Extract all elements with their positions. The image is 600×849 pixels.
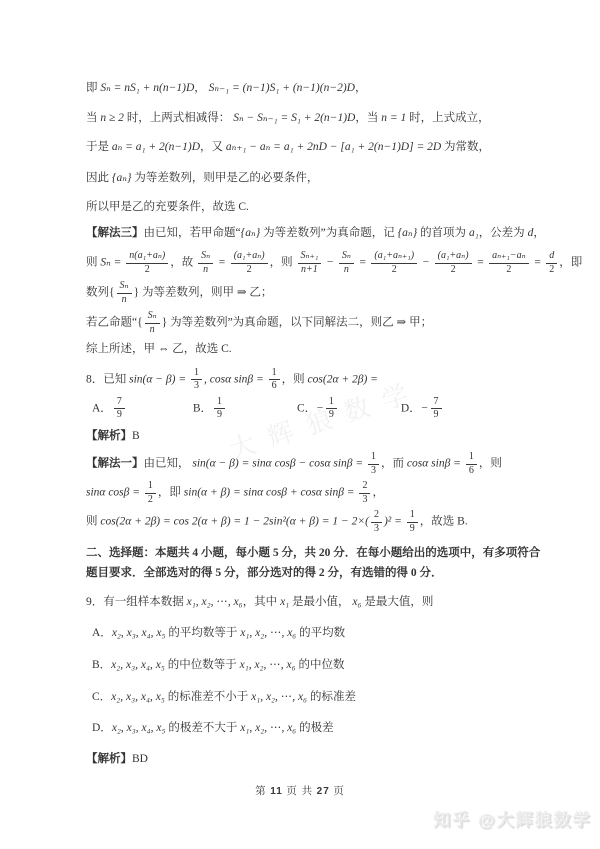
- line-sn-fraction-chain: 则 Sₙ = n(a₁+aₙ)2，故 Sₙn = (a₁+aₙ)2，则 Sₙ₊₁…: [86, 250, 526, 276]
- text: 的标准差: [307, 691, 356, 703]
- math-text: n ≥ 2: [100, 112, 124, 124]
- math-text: x₁: [280, 596, 289, 608]
- text: ，则: [479, 458, 502, 470]
- document-page: 大辉狼数学 即 Sₙ = nS₁ + n(n−1)D， Sₙ₋₁ = (n−1)…: [0, 0, 600, 849]
- text: ，当: [355, 112, 381, 124]
- math-fraction: n(a₁+aₙ)2: [126, 250, 168, 276]
- line-subtract-case: 当 n ≥ 2 时，上两式相减得： Sₙ − Sₙ₋₁ = S₁ + 2(n−1…: [86, 110, 526, 127]
- text: A．: [92, 402, 112, 414]
- page-number: 11: [270, 786, 283, 797]
- text: 是最大值，则: [362, 596, 434, 608]
- math-text: x₂, x₃, x₄, x₅: [112, 627, 166, 639]
- fraction-denominator: 3: [371, 523, 382, 536]
- fraction-denominator: 9: [326, 409, 337, 422]
- text: D．: [92, 722, 112, 734]
- math-text: )² =: [384, 516, 405, 528]
- math-fraction: 12: [145, 480, 156, 506]
- math-text: cosα sinβ =: [407, 458, 464, 470]
- text: 的平均数等于: [165, 627, 240, 639]
- math-text: {aₙ}: [112, 172, 132, 184]
- text: 所以甲是乙的充要条件，故选 C.: [86, 201, 249, 213]
- fraction-numerator: Sₙ: [145, 310, 160, 324]
- math-fraction: 79: [431, 396, 442, 422]
- text: 为等差数列，则甲是乙的必要条件，: [131, 172, 318, 184]
- math-text: sinα cosβ =: [86, 487, 143, 499]
- text: ，又: [200, 141, 226, 153]
- fraction-numerator: 2: [371, 509, 382, 523]
- math-fraction: (a₁+aₙ)2: [435, 250, 472, 276]
- math-fraction: 13: [368, 451, 379, 477]
- line-q9-option-b: B．x₂, x₃, x₄, x₅ 的中位数等于 x₁, x₂, ⋯, x₆ 的中…: [86, 657, 526, 674]
- math-text: −: [316, 402, 324, 414]
- fraction-numerator: n(a₁+aₙ): [126, 250, 168, 264]
- math-text: Sₙ = nS₁ + n(n−1)D: [100, 82, 194, 94]
- text: 9．有一组样本数据: [86, 596, 187, 608]
- math-fraction: d2: [546, 250, 557, 276]
- line-sn-recurrence: 即 Sₙ = nS₁ + n(n−1)D， Sₙ₋₁ = (n−1)S₁ + (…: [86, 80, 526, 97]
- fraction-denominator: 3: [359, 494, 370, 507]
- text: 时，上两式相减得：: [124, 112, 233, 124]
- text: 8．已知: [86, 373, 129, 385]
- math-text: =: [356, 257, 370, 269]
- math-fraction: Sₙn: [117, 280, 132, 306]
- math-text: sin(α − β) = sinα cosβ − cosα sinβ =: [192, 458, 366, 470]
- text: 即: [86, 82, 100, 94]
- fraction-numerator: 1: [326, 396, 337, 410]
- math-text: −: [323, 257, 337, 269]
- text: ，: [533, 227, 545, 239]
- line-q9-answer: 【解析】BD: [86, 751, 526, 768]
- math-text: sin(α + β) = sinα cosβ + cosα sinβ =: [184, 487, 358, 499]
- text: BD: [132, 753, 148, 765]
- line-method3-intro: 【解法三】由已知，若甲命题“{aₙ} 为等差数列”为真命题，记 {aₙ} 的首项…: [86, 225, 526, 242]
- fraction-denominator: 2: [126, 264, 168, 277]
- zhihu-watermark: 知乎 @大辉狼数学: [434, 806, 592, 831]
- line-method1-intro: 【解法一】由已知， sin(α − β) = sinα cosβ − cosα …: [86, 451, 526, 477]
- fraction-denominator: 2: [546, 264, 557, 277]
- text: 的中位数: [296, 659, 345, 671]
- fraction-denominator: 9: [431, 409, 442, 422]
- fraction-denominator: 9: [114, 409, 125, 422]
- document-content: 即 Sₙ = nS₁ + n(n−1)D， Sₙ₋₁ = (n−1)S₁ + (…: [86, 80, 526, 768]
- text: ，: [372, 487, 384, 499]
- bold-text: 【解法三】: [86, 227, 144, 239]
- fraction-denominator: 6: [466, 465, 477, 478]
- text: ，公差为: [479, 227, 528, 239]
- math-fraction: 19: [326, 396, 337, 422]
- text: ，故: [170, 257, 196, 269]
- text: } 为等差数列”为真命题，以下同解法二，则乙 ⇒ 甲；: [162, 317, 432, 329]
- text: 则: [86, 516, 100, 528]
- math-text: x₁, x₂, ⋯, x₆: [251, 691, 307, 703]
- fraction-numerator: d: [546, 250, 557, 264]
- fraction-numerator: 2: [359, 480, 370, 494]
- fraction-denominator: n: [145, 324, 160, 337]
- math-text: x₁, x₂, ⋯, x₆: [240, 722, 296, 734]
- section-2-heading-line2: 题目要求．全部选对的得 5 分，部分选对的得 2 分，有选错的得 0 分．: [86, 565, 526, 582]
- math-fraction: Sₙ₊₁n+1: [298, 250, 322, 276]
- math-text: a₁: [469, 227, 479, 239]
- math-fraction: 16: [269, 367, 280, 393]
- text: 由已知，若甲命题“: [144, 227, 241, 239]
- math-text: x₂, x₃, x₄, x₅: [111, 659, 165, 671]
- text: 则: [86, 257, 100, 269]
- math-fraction: 23: [371, 509, 382, 535]
- text: 的极差不大于: [165, 722, 240, 734]
- text: 的中位数等于: [165, 659, 240, 671]
- line-q9-option-a: A．x₂, x₃, x₄, x₅ 的平均数等于 x₁, x₂, ⋯, x₆ 的平…: [86, 625, 526, 642]
- line-sufficient-necessary: 所以甲是乙的充要条件，故选 C.: [86, 199, 526, 216]
- bold-text: 题目要求．全部选对的得 5 分，部分选对的得 2 分，有选错的得 0 分．: [86, 567, 443, 579]
- text: ，即: [158, 487, 184, 499]
- line-yi-implies-jia: 若乙命题“{Sₙn} 为等差数列”为真命题，以下同解法二，则乙 ⇒ 甲；: [86, 310, 526, 336]
- fraction-numerator: 7: [431, 396, 442, 410]
- fraction-denominator: 2: [145, 494, 156, 507]
- text: 的平均数: [296, 627, 345, 639]
- fraction-numerator: 1: [466, 451, 477, 465]
- math-text: −: [421, 402, 429, 414]
- math-text: aₙ = a₁ + 2(n−1)D: [112, 141, 200, 153]
- line-q8-options: A．79B．19C．−19D．−79: [86, 396, 526, 422]
- line-question-8: 8．已知 sin(α − β) = 13, cosα sinβ = 16，则 c…: [86, 367, 526, 393]
- math-text: sin(α − β) =: [129, 373, 189, 385]
- text: C．: [297, 402, 316, 414]
- math-fraction: 23: [359, 480, 370, 506]
- line-necessary-condition: 因此 {aₙ} 为等差数列，则甲是乙的必要条件，: [86, 170, 526, 187]
- text: 当: [86, 112, 100, 124]
- text: } 为等差数列，则甲 ⇒ 乙；: [134, 287, 273, 299]
- line-jia-implies-yi: 数列{Sₙn} 为等差数列，则甲 ⇒ 乙；: [86, 280, 526, 306]
- text: ，即: [559, 257, 582, 269]
- fraction-numerator: 1: [145, 480, 156, 494]
- text: 的标准差不小于: [165, 691, 251, 703]
- footer-middle: 页 共: [286, 786, 313, 797]
- text: A．: [92, 627, 112, 639]
- text: ，其中: [243, 596, 280, 608]
- fraction-numerator: 1: [368, 451, 379, 465]
- math-fraction: aₙ₊₁−aₙ2: [489, 250, 529, 276]
- fraction-numerator: Sₙ: [198, 250, 213, 264]
- math-text: −: [419, 257, 433, 269]
- math-fraction: 19: [407, 509, 418, 535]
- text: 由已知，: [144, 458, 193, 470]
- text: 于是: [86, 141, 112, 153]
- fraction-numerator: 1: [191, 367, 202, 381]
- fraction-numerator: 1: [214, 396, 225, 410]
- section-2-heading-line1: 二、选择题：本题共 4 小题，每小题 5 分，共 20 分．在每小题给出的选项中…: [86, 545, 526, 562]
- text: ，故选 B.: [420, 516, 468, 528]
- text: C．: [92, 691, 111, 703]
- text: ，则: [270, 257, 296, 269]
- math-text: =: [531, 257, 545, 269]
- fraction-denominator: 2: [435, 264, 472, 277]
- math-fraction: (a₁+aₙ₊₁)2: [371, 250, 417, 276]
- math-text: x₆: [352, 596, 361, 608]
- math-text: , cosα sinβ =: [204, 373, 267, 385]
- math-text: =: [474, 257, 488, 269]
- math-text: =: [215, 257, 229, 269]
- math-text: {aₙ}: [398, 227, 418, 239]
- line-sin-sum: sinα cosβ = 12，即 sin(α + β) = sinα cosβ …: [86, 480, 526, 506]
- text: 时，上式成立，: [406, 112, 489, 124]
- fraction-denominator: 2: [371, 264, 417, 277]
- line-q8-answer: 【解析】B: [86, 428, 526, 445]
- fraction-denominator: 6: [269, 380, 280, 393]
- math-text: x₂, x₃, x₄, x₅: [112, 722, 166, 734]
- fraction-denominator: n: [339, 264, 354, 277]
- text: ，: [194, 82, 208, 94]
- math-fraction: 79: [114, 396, 125, 422]
- fraction-numerator: Sₙ: [117, 280, 132, 294]
- text: ，则: [282, 373, 308, 385]
- page-total: 27: [317, 786, 330, 797]
- math-fraction: (a₁+aₙ)2: [231, 250, 268, 276]
- math-text: n = 1: [381, 112, 406, 124]
- math-text: x₂, x₃, x₄, x₅: [111, 691, 165, 703]
- math-text: cos(2α + 2β) = cos 2(α + β) = 1 − 2sin²(…: [100, 516, 369, 528]
- line-an-constant: 于是 aₙ = a₁ + 2(n−1)D，又 aₙ₊₁ − aₙ = a₁ + …: [86, 139, 526, 156]
- footer-suffix: 页: [333, 786, 345, 797]
- text: ，而: [381, 458, 407, 470]
- line-conclusion-q7: 综上所述，甲 ⇔ 乙，故选 C.: [86, 341, 526, 358]
- math-text: Sₙ =: [100, 257, 124, 269]
- math-text: cos(2α + 2β) =: [308, 373, 378, 385]
- text: 为常数，: [441, 141, 490, 153]
- fraction-denominator: 3: [191, 380, 202, 393]
- text: 若乙命题“{: [86, 317, 143, 329]
- text: ，: [355, 82, 367, 94]
- math-fraction: 13: [191, 367, 202, 393]
- text: 是最小值，: [289, 596, 352, 608]
- fraction-numerator: aₙ₊₁−aₙ: [489, 250, 529, 264]
- bold-text: 二、选择题：本题共 4 小题，每小题 5 分，共 20 分．在每小题给出的选项中…: [86, 547, 540, 559]
- text: B: [132, 430, 140, 442]
- fraction-denominator: 2: [489, 264, 529, 277]
- fraction-numerator: 1: [269, 367, 280, 381]
- math-fraction: Sₙn: [198, 250, 213, 276]
- line-q9-option-d: D．x₂, x₃, x₄, x₅ 的极差不大于 x₁, x₂, ⋯, x₆ 的极…: [86, 720, 526, 737]
- fraction-numerator: (a₁+aₙ): [435, 250, 472, 264]
- text: 的首项为: [417, 227, 469, 239]
- math-fraction: 16: [466, 451, 477, 477]
- fraction-numerator: Sₙ₊₁: [298, 250, 322, 264]
- page-footer: 第 11 页 共 27 页: [0, 783, 600, 798]
- text: 综上所述，甲 ⇔ 乙，故选 C.: [86, 343, 232, 355]
- fraction-numerator: Sₙ: [339, 250, 354, 264]
- bold-text: 【解析】: [86, 430, 132, 442]
- math-text: aₙ₊₁ − aₙ = a₁ + 2nD − [a₁ + 2(n−1)D] = …: [226, 141, 441, 153]
- text: B．: [92, 659, 111, 671]
- fraction-denominator: 9: [407, 523, 418, 536]
- line-q9-option-c: C．x₂, x₃, x₄, x₅ 的标准差不小于 x₁, x₂, ⋯, x₆ 的…: [86, 689, 526, 706]
- math-text: Sₙ₋₁ = (n−1)S₁ + (n−1)(n−2)D: [209, 82, 355, 94]
- math-fraction: Sₙn: [339, 250, 354, 276]
- text: 数列{: [86, 287, 115, 299]
- fraction-numerator: (a₁+aₙ₊₁): [371, 250, 417, 264]
- fraction-denominator: 9: [214, 409, 225, 422]
- fraction-denominator: 2: [231, 264, 268, 277]
- fraction-numerator: (a₁+aₙ): [231, 250, 268, 264]
- math-text: {aₙ}: [241, 227, 261, 239]
- fraction-numerator: 1: [407, 509, 418, 523]
- text: 的极差: [296, 722, 333, 734]
- math-text: Sₙ − Sₙ₋₁ = S₁ + 2(n−1)D: [233, 112, 355, 124]
- bold-text: 【解法一】: [86, 458, 144, 470]
- math-fraction: 19: [214, 396, 225, 422]
- fraction-numerator: 7: [114, 396, 125, 410]
- bold-text: 【解析】: [86, 753, 132, 765]
- fraction-denominator: 3: [368, 465, 379, 478]
- text: 为等差数列”为真命题，记: [260, 227, 397, 239]
- fraction-denominator: n: [117, 294, 132, 307]
- fraction-denominator: n+1: [298, 264, 322, 277]
- fraction-denominator: n: [198, 264, 213, 277]
- math-fraction: Sₙn: [145, 310, 160, 336]
- text: 因此: [86, 172, 112, 184]
- footer-prefix: 第: [255, 786, 267, 797]
- math-text: x₁, x₂, ⋯, x₆: [240, 627, 296, 639]
- math-text: x₁, x₂, ⋯, x₆: [240, 659, 296, 671]
- line-cos-double: 则 cos(2α + 2β) = cos 2(α + β) = 1 − 2sin…: [86, 509, 526, 535]
- line-question-9: 9．有一组样本数据 x₁, x₂, ⋯, x₆，其中 x₁ 是最小值， x₆ 是…: [86, 594, 526, 611]
- text: B．: [193, 402, 212, 414]
- math-text: x₁, x₂, ⋯, x₆: [187, 596, 243, 608]
- text: D．: [401, 402, 421, 414]
